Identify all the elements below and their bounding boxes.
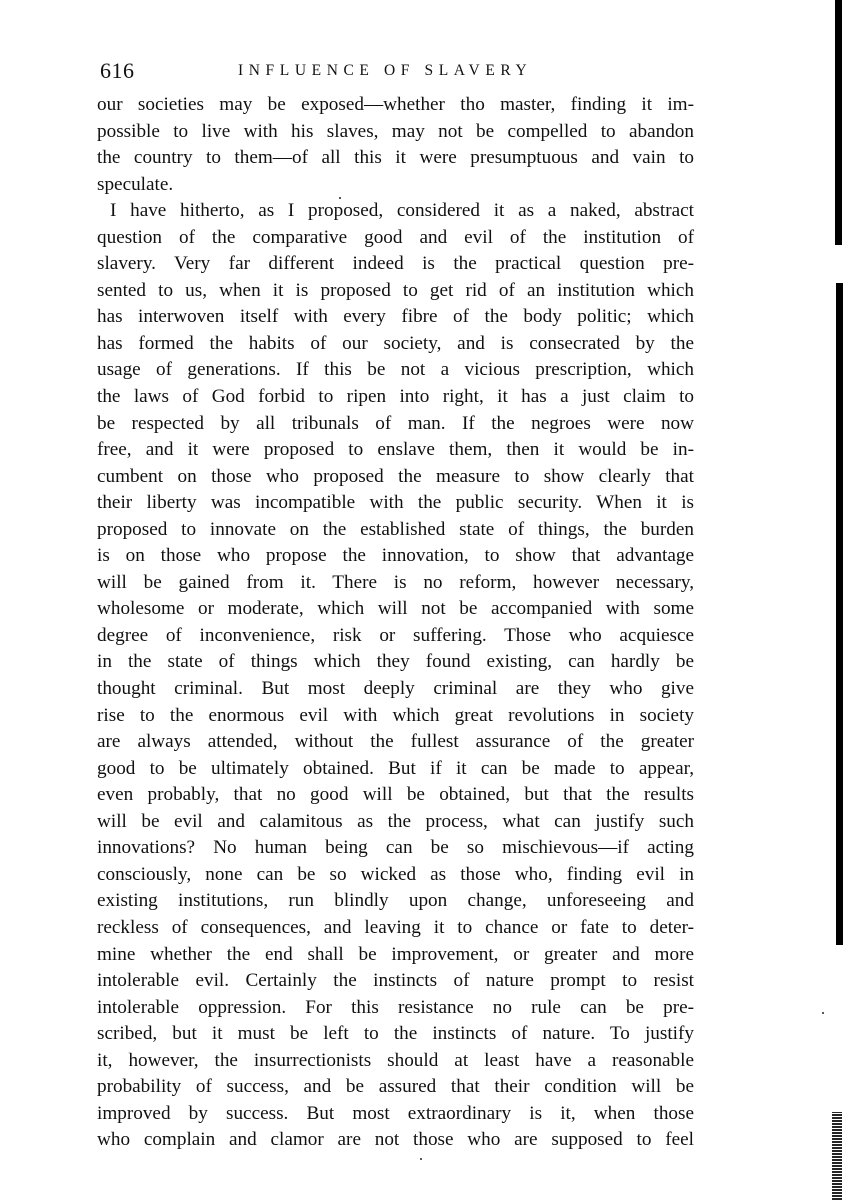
text-line: thought criminal. But most deeply crimin… (97, 676, 694, 703)
page-number: 616 (100, 58, 135, 84)
text-line: question of the comparative good and evi… (97, 225, 694, 252)
text-line: usage of generations. If this be not a v… (97, 357, 694, 384)
text-line: is on those who propose the innovation, … (97, 543, 694, 570)
text-line: intolerable evil. Certainly the instinct… (97, 968, 694, 995)
text-line: possible to live with his slaves, may no… (97, 119, 694, 146)
text-line: who complain and clamor are not those wh… (97, 1127, 694, 1154)
scan-speck (339, 197, 341, 199)
text-line: cumbent on those who proposed the measur… (97, 464, 694, 491)
text-line: innovations? No human being can be so mi… (97, 835, 694, 862)
text-line: be respected by all tribunals of man. If… (97, 411, 694, 438)
text-line: wholesome or moderate, which will not be… (97, 596, 694, 623)
text-line: even probably, that no good will be obta… (97, 782, 694, 809)
text-line: rise to the enormous evil with which gre… (97, 703, 694, 730)
text-line: mine whether the end shall be improvemen… (97, 942, 694, 969)
scan-speck (822, 1012, 824, 1014)
text-line: scribed, but it must be left to the inst… (97, 1021, 694, 1048)
running-head: 616 INFLUENCE OF SLAVERY (100, 58, 693, 84)
text-line: has interwoven itself with every fibre o… (97, 304, 694, 331)
binding-shadow-middle (836, 283, 843, 945)
text-line: probability of success, and be assured t… (97, 1074, 694, 1101)
binding-shadow-bottom (832, 1112, 842, 1200)
text-line: degree of inconvenience, risk or sufferi… (97, 623, 694, 650)
paragraph-start-line: I have hitherto, as I proposed, consider… (97, 198, 694, 225)
running-head-title: INFLUENCE OF SLAVERY (238, 60, 532, 82)
text-line: the country to them—of all this it were … (97, 145, 694, 172)
text-line: speculate. (97, 172, 694, 199)
text-line: existing institutions, run blindly upon … (97, 888, 694, 915)
text-line: sented to us, when it is proposed to get… (97, 278, 694, 305)
text-line: reckless of consequences, and leaving it… (97, 915, 694, 942)
text-line: it, however, the insurrectionists should… (97, 1048, 694, 1075)
binding-shadow-top (835, 0, 842, 245)
text-line: consciously, none can be so wicked as th… (97, 862, 694, 889)
scanned-book-page: 616 INFLUENCE OF SLAVERY our societies m… (0, 0, 844, 1200)
text-line: slavery. Very far different indeed is th… (97, 251, 694, 278)
text-line: will be evil and calamitous as the proce… (97, 809, 694, 836)
scan-speck (420, 1158, 422, 1160)
text-line: will be gained from it. There is no refo… (97, 570, 694, 597)
body-text: our societies may be exposed—whether tho… (97, 92, 694, 1154)
text-line: proposed to innovate on the established … (97, 517, 694, 544)
text-line: are always attended, without the fullest… (97, 729, 694, 756)
text-line: their liberty was incompatible with the … (97, 490, 694, 517)
text-line: intolerable oppression. For this resista… (97, 995, 694, 1022)
text-line: has formed the habits of our society, an… (97, 331, 694, 358)
text-line: free, and it were proposed to enslave th… (97, 437, 694, 464)
text-line: the laws of God forbid to ripen into rig… (97, 384, 694, 411)
text-line: in the state of things which they found … (97, 649, 694, 676)
text-line: our societies may be exposed—whether tho… (97, 92, 694, 119)
text-line: good to be ultimately obtained. But if i… (97, 756, 694, 783)
text-line: improved by success. But most extraordin… (97, 1101, 694, 1128)
